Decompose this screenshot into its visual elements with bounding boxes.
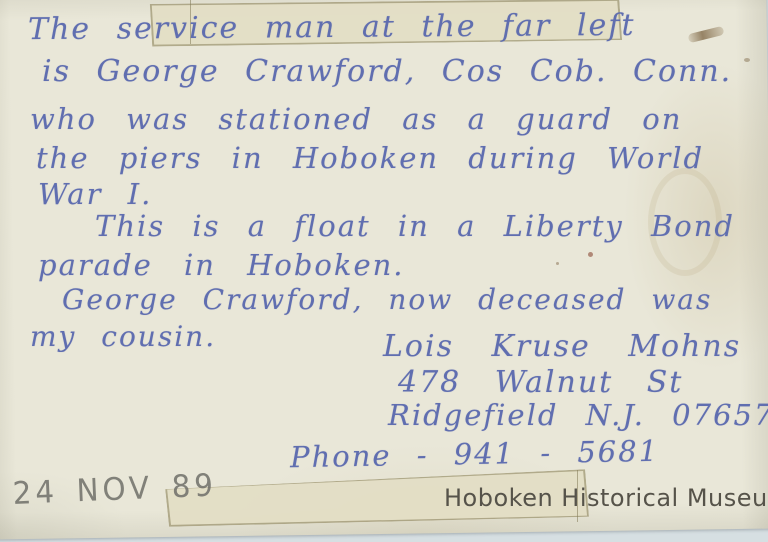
- handwriting-line-4: the piers in Hoboken during World: [36, 141, 704, 175]
- museum-credit: Hoboken Historical Museum: [444, 484, 768, 512]
- handwriting-line-1: The service man at the far left: [28, 8, 636, 47]
- handwriting-line-3: who was stationed as a guard on: [30, 102, 682, 136]
- stain-speck: [744, 58, 750, 62]
- handwriting-line-5: War I.: [38, 177, 152, 211]
- phone-line: Phone - 941 - 5681: [290, 434, 660, 474]
- stain-speck: [556, 262, 559, 265]
- signature-name: Lois Kruse Mohns: [383, 329, 741, 364]
- signature-city-zip: Ridgefield N.J. 07657: [388, 398, 768, 432]
- handwriting-line-6: This is a float in a Liberty Bond: [95, 209, 735, 243]
- handwriting-line-9: my cousin.: [30, 320, 216, 353]
- handwriting-line-2: is George Crawford, Cos Cob. Conn.: [42, 54, 732, 89]
- stain-speck: [588, 252, 593, 257]
- handwriting-line-8: George Crawford, now deceased was: [62, 283, 712, 316]
- scanned-photo-back: The service man at the far left is Georg…: [0, 0, 768, 542]
- signature-street: 478 Walnut St: [398, 365, 683, 400]
- handwriting-line-7: parade in Hoboken.: [38, 248, 405, 282]
